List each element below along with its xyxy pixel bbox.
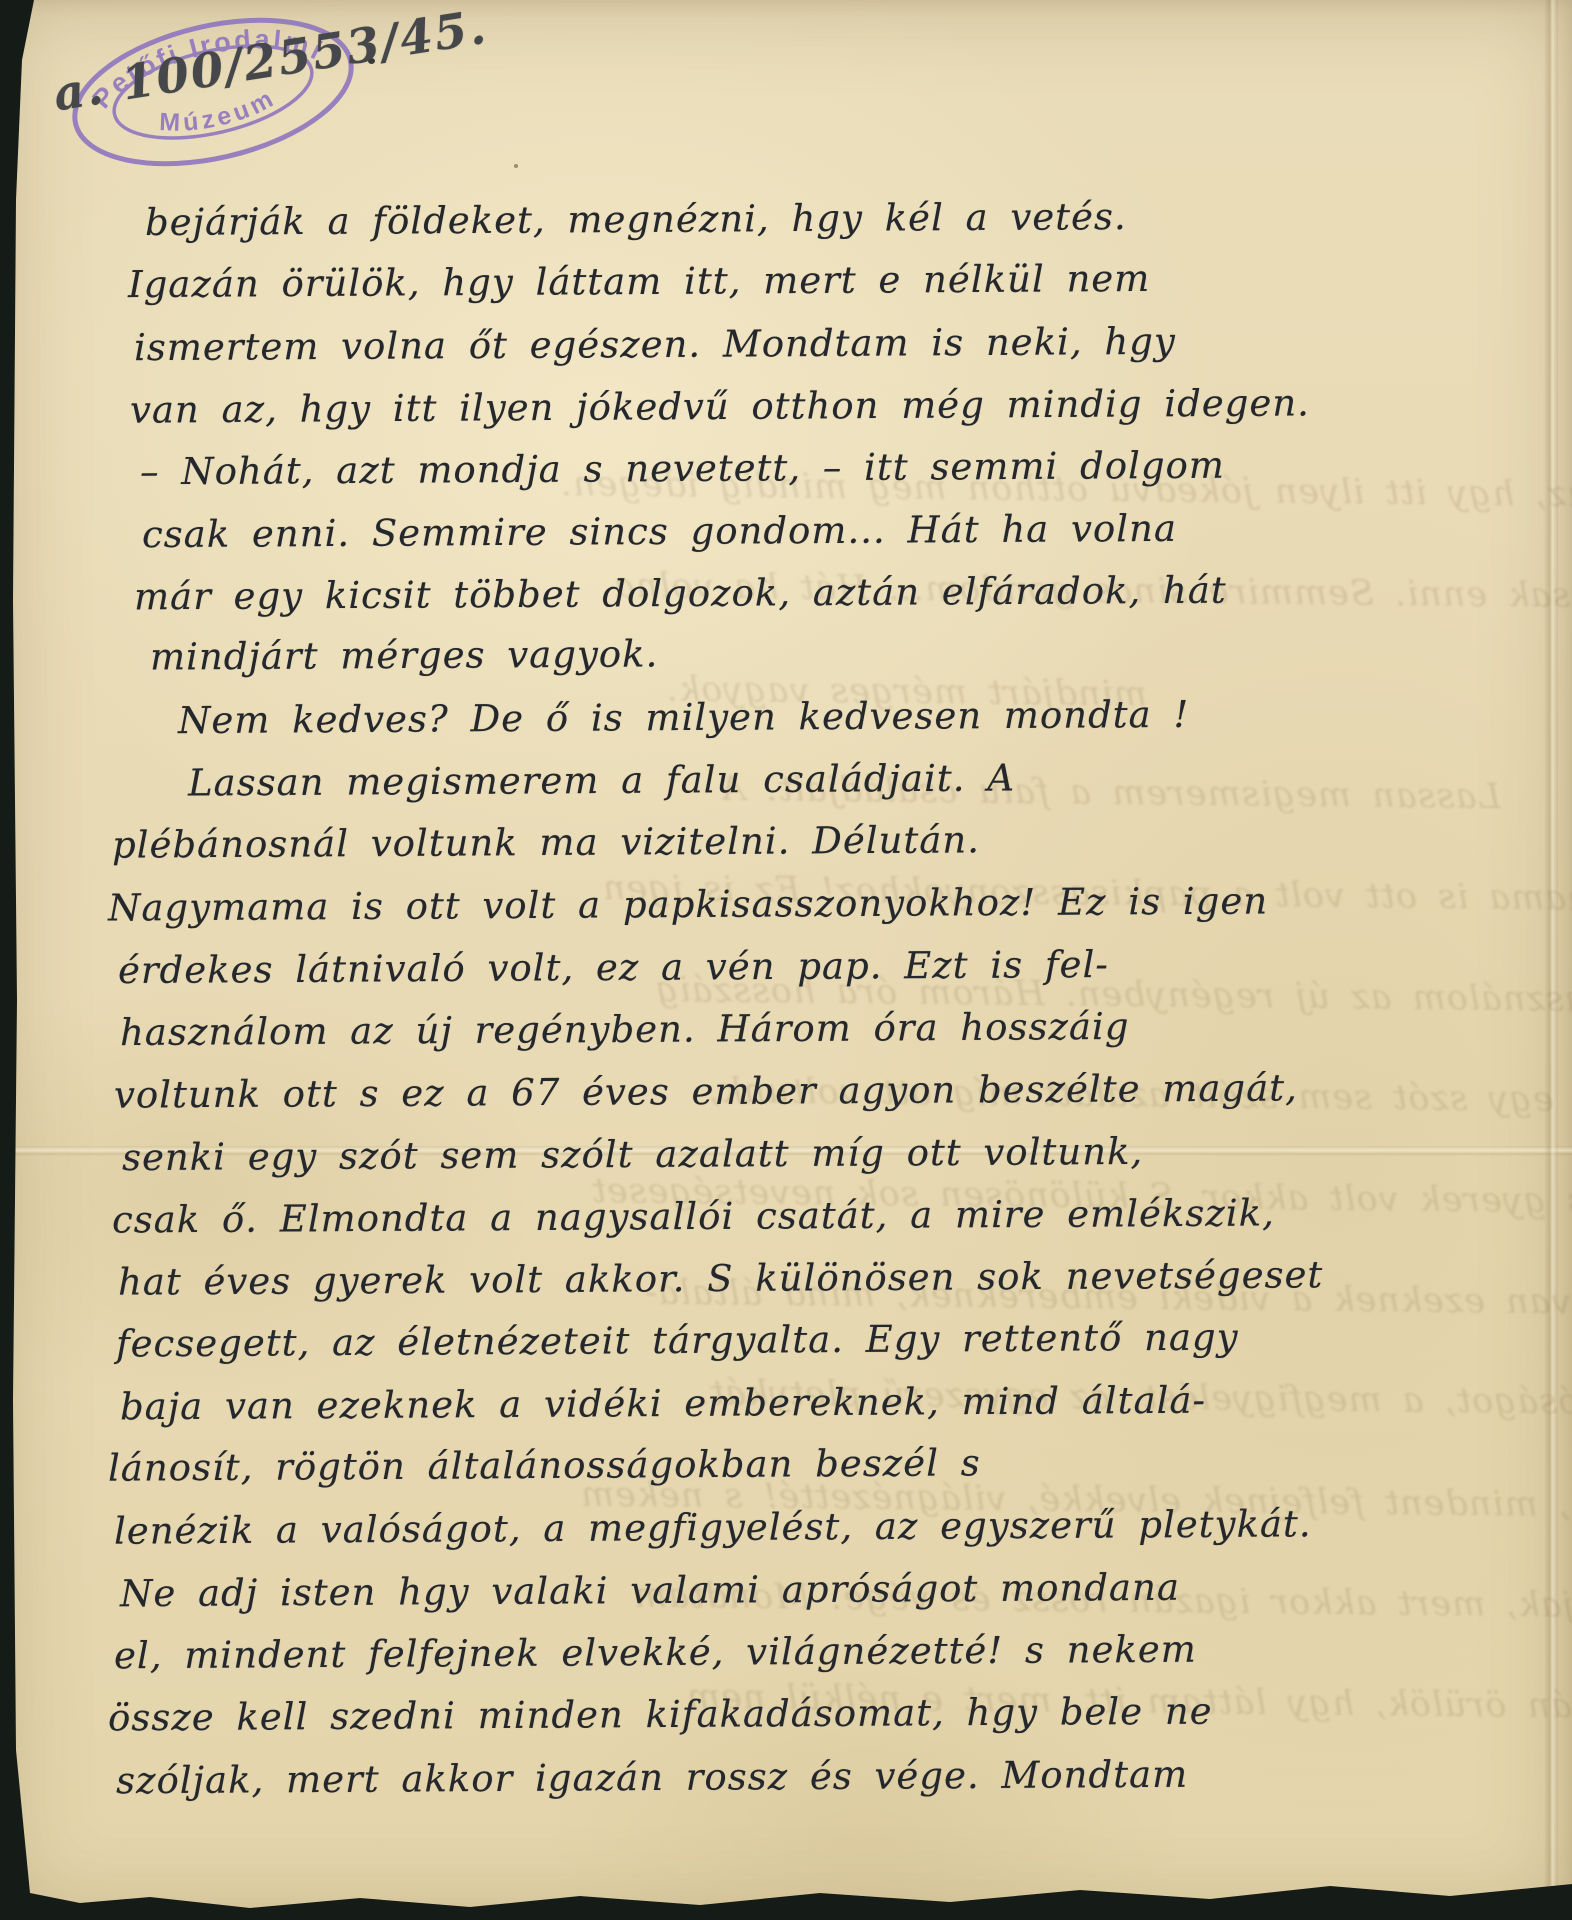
letter-line: lánosít, rögtön általánosságokban beszél…: [108, 1441, 981, 1489]
letter-line: baja van ezeknek a vidéki embereknek, mi…: [120, 1379, 1206, 1429]
letter-line: ismertem volna őt egészen. Mondtam is ne…: [134, 320, 1176, 369]
letter-line: mindjárt mérges vagyok.: [150, 632, 659, 678]
letter-line: Nagymama is ott volt a papkisasszonyokho…: [108, 879, 1268, 929]
letter-body: bejárják a földeket, megnézni, hgy kél a…: [0, 0, 1572, 1920]
letter-line: csak ő. Elmondta a nagysallói csatát, a …: [112, 1191, 1275, 1241]
letter-line: fecsegett, az életnézeteit tárgyalta. Eg…: [116, 1316, 1239, 1366]
letter-line: el, mindent felfejnek elvekké, világnéze…: [114, 1628, 1197, 1678]
letter-line: Igazán örülök, hgy láttam itt, mert e né…: [128, 257, 1151, 306]
letter-line: össze kell szedni minden kifakadásomat, …: [108, 1690, 1213, 1740]
letter-line: már egy kicsit többet dolgozok, aztán el…: [134, 569, 1227, 619]
letter-line: Ne adj isten hgy valaki valami apróságot…: [120, 1566, 1180, 1615]
letter-line: – Nohát, azt mondja s nevetett, – itt se…: [140, 444, 1225, 494]
letter-line: hat éves gyerek volt akkor. S különösen …: [118, 1253, 1324, 1303]
letter-line: Nem kedves? De ő is milyen kedvesen mond…: [178, 693, 1190, 742]
letter-line: bejárják a földeket, megnézni, hgy kél a…: [145, 195, 1127, 244]
letter-line: csak enni. Semmire sincs gondom... Hát h…: [142, 507, 1177, 556]
letter-line: plébánosnál voltunk ma vizitelni. Délutá…: [112, 818, 980, 866]
letter-line: használom az új regényben. Három óra hos…: [120, 1005, 1130, 1054]
letter-line: lenézik a valóságot, a megfigyelést, az …: [114, 1502, 1312, 1552]
letter-line: van az, hgy itt ilyen jókedvű otthon még…: [130, 381, 1310, 431]
letter-line: szóljak, mert akkor igazán rossz és vége…: [116, 1753, 1188, 1803]
letter-line: voltunk ott s ez a 67 éves ember agyon b…: [114, 1066, 1298, 1116]
letter-line: senki egy szót sem szólt azalatt míg ott…: [122, 1130, 1143, 1179]
letter-line: érdekes látnivaló volt, ez a vén pap. Ez…: [118, 943, 1109, 992]
letter-line: Lassan megismerem a falu családjait. A: [188, 756, 1015, 804]
